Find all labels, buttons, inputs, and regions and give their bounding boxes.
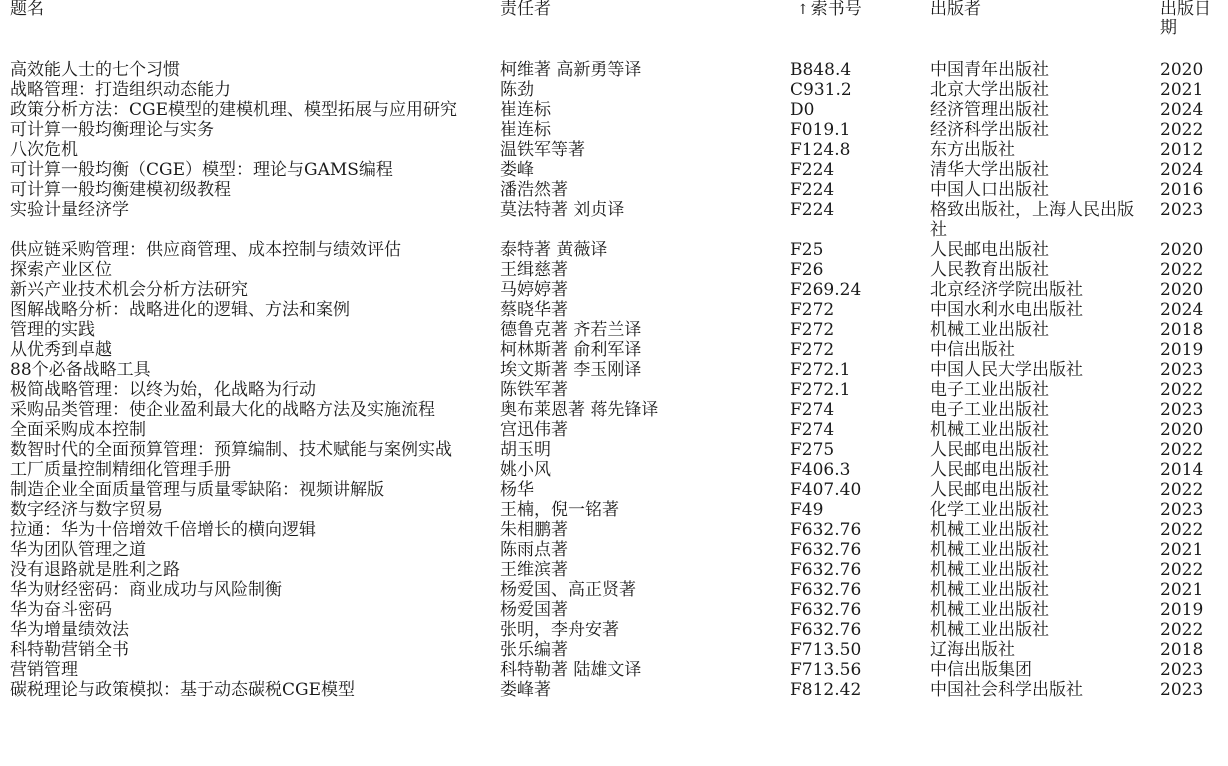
book-author: 杨爱国、高正贤著: [500, 580, 780, 600]
book-date: 2023: [1160, 500, 1220, 520]
book-callno: F272.1: [790, 360, 920, 380]
book-title: 数字经济与数字贸易: [10, 500, 488, 520]
book-publisher: 中国水利水电出版社: [930, 300, 1135, 320]
book-list: 高效能人士的七个习惯柯维著 高新勇等译B848.4中国青年出版社2020战略管理…: [0, 60, 1228, 700]
book-date: 2022: [1160, 260, 1220, 280]
table-row[interactable]: 政策分析方法：CGE模型的建模机理、模型拓展与应用研究崔连标D0经济管理出版社2…: [0, 100, 1228, 120]
book-publisher: 机械工业出版社: [930, 560, 1135, 580]
book-callno: F713.50: [790, 640, 920, 660]
book-title: 数智时代的全面预算管理：预算编制、技术赋能与案例实战: [10, 440, 488, 460]
table-row[interactable]: 科特勒营销全书张乐编著F713.50辽海出版社2018: [0, 640, 1228, 660]
book-date: 2023: [1160, 400, 1220, 420]
book-author: 娄峰: [500, 160, 780, 180]
book-publisher: 机械工业出版社: [930, 520, 1135, 540]
book-date: 2022: [1160, 440, 1220, 460]
book-publisher: 中国青年出版社: [930, 60, 1135, 80]
book-date: 2021: [1160, 80, 1220, 100]
book-date: 2014: [1160, 460, 1220, 480]
book-callno: F632.76: [790, 620, 920, 640]
book-callno: F019.1: [790, 120, 920, 140]
book-title: 华为增量绩效法: [10, 620, 488, 640]
book-callno: F632.76: [790, 560, 920, 580]
table-row[interactable]: 华为团队管理之道陈雨点著F632.76机械工业出版社2021: [0, 540, 1228, 560]
table-row[interactable]: 全面采购成本控制宫迅伟著F274机械工业出版社2020: [0, 420, 1228, 440]
book-date: 2021: [1160, 580, 1220, 600]
book-author: 王楠，倪一铭著: [500, 500, 780, 520]
table-row[interactable]: 拉通：华为十倍增效千倍增长的横向逻辑朱相鹏著F632.76机械工业出版社2022: [0, 520, 1228, 540]
book-publisher: 格致出版社，上海人民出版社: [930, 200, 1135, 240]
book-publisher: 经济管理出版社: [930, 100, 1135, 120]
book-title: 政策分析方法：CGE模型的建模机理、模型拓展与应用研究: [10, 100, 488, 120]
table-row[interactable]: 图解战略分析：战略进化的逻辑、方法和案例蔡晓华著F272中国水利水电出版社202…: [0, 300, 1228, 320]
book-author: 崔连标: [500, 100, 780, 120]
book-publisher: 北京经济学院出版社: [930, 280, 1135, 300]
book-publisher: 人民教育出版社: [930, 260, 1135, 280]
table-row[interactable]: 八次危机温铁军等著F124.8东方出版社2012: [0, 140, 1228, 160]
book-date: 2018: [1160, 640, 1220, 660]
book-date: 2023: [1160, 680, 1220, 700]
book-publisher: 中国人民大学出版社: [930, 360, 1135, 380]
book-date: 2022: [1160, 560, 1220, 580]
book-publisher: 北京大学出版社: [930, 80, 1135, 100]
book-date: 2022: [1160, 520, 1220, 540]
table-row[interactable]: 战略管理：打造组织动态能力陈劲C931.2北京大学出版社2021: [0, 80, 1228, 100]
book-author: 崔连标: [500, 120, 780, 140]
book-title: 工厂质量控制精细化管理手册: [10, 460, 488, 480]
book-author: 柯林斯著 俞利军译: [500, 340, 780, 360]
book-publisher: 中信出版集团: [930, 660, 1135, 680]
book-author: 蔡晓华著: [500, 300, 780, 320]
book-title: 科特勒营销全书: [10, 640, 488, 660]
book-title: 华为团队管理之道: [10, 540, 488, 560]
book-publisher: 机械工业出版社: [930, 320, 1135, 340]
book-date: 2016: [1160, 180, 1220, 200]
book-author: 陈雨点著: [500, 540, 780, 560]
table-row[interactable]: 管理的实践德鲁克著 齐若兰译F272机械工业出版社2018: [0, 320, 1228, 340]
book-author: 姚小风: [500, 460, 780, 480]
book-publisher: 清华大学出版社: [930, 160, 1135, 180]
book-date: 2022: [1160, 480, 1220, 500]
book-publisher: 机械工业出版社: [930, 580, 1135, 600]
table-row[interactable]: 数智时代的全面预算管理：预算编制、技术赋能与案例实战胡玉明F275人民邮电出版社…: [0, 440, 1228, 460]
book-author: 科特勒著 陆雄文译: [500, 660, 780, 680]
book-publisher: 电子工业出版社: [930, 400, 1135, 420]
table-row[interactable]: 数字经济与数字贸易王楠，倪一铭著F49化学工业出版社2023: [0, 500, 1228, 520]
book-callno: F224: [790, 180, 920, 200]
book-publisher: 人民邮电出版社: [930, 480, 1135, 500]
book-author: 宫迅伟著: [500, 420, 780, 440]
table-row[interactable]: 营销管理科特勒著 陆雄文译F713.56中信出版集团2023: [0, 660, 1228, 680]
book-title: 可计算一般均衡建模初级教程: [10, 180, 488, 200]
book-title: 华为奋斗密码: [10, 600, 488, 620]
book-title: 制造企业全面质量管理与质量零缺陷：视频讲解版: [10, 480, 488, 500]
table-row[interactable]: 探索产业区位王缉慈著F26人民教育出版社2022: [0, 260, 1228, 280]
book-date: 2024: [1160, 160, 1220, 180]
table-row[interactable]: 可计算一般均衡建模初级教程潘浩然著F224中国人口出版社2016: [0, 180, 1228, 200]
book-publisher: 人民邮电出版社: [930, 460, 1135, 480]
table-row[interactable]: 华为财经密码：商业成功与风险制衡杨爱国、高正贤著F632.76机械工业出版社20…: [0, 580, 1228, 600]
table-row[interactable]: 高效能人士的七个习惯柯维著 高新勇等译B848.4中国青年出版社2020: [0, 60, 1228, 80]
book-title: 战略管理：打造组织动态能力: [10, 80, 488, 100]
book-callno: F812.42: [790, 680, 920, 700]
table-row[interactable]: 华为奋斗密码杨爱国著F632.76机械工业出版社2019: [0, 600, 1228, 620]
book-publisher: 电子工业出版社: [930, 380, 1135, 400]
table-row[interactable]: 可计算一般均衡理论与实务崔连标F019.1经济科学出版社2022: [0, 120, 1228, 140]
book-date: 2020: [1160, 420, 1220, 440]
book-author: 杨华: [500, 480, 780, 500]
table-row[interactable]: 实验计量经济学莫法特著 刘贞译F224格致出版社，上海人民出版社2023: [0, 200, 1228, 240]
book-callno: F272: [790, 340, 920, 360]
book-title: 从优秀到卓越: [10, 340, 488, 360]
book-callno: F224: [790, 200, 920, 220]
book-author: 温铁军等著: [500, 140, 780, 160]
book-callno: D0: [790, 100, 920, 120]
book-publisher: 机械工业出版社: [930, 420, 1135, 440]
book-author: 奥布莱恩著 蒋先锋译: [500, 400, 780, 420]
book-callno: F272: [790, 320, 920, 340]
book-author: 潘浩然著: [500, 180, 780, 200]
book-callno: F274: [790, 400, 920, 420]
book-callno: F632.76: [790, 600, 920, 620]
book-title: 图解战略分析：战略进化的逻辑、方法和案例: [10, 300, 488, 320]
book-date: 2020: [1160, 240, 1220, 260]
book-date: 2023: [1160, 360, 1220, 380]
book-title: 营销管理: [10, 660, 488, 680]
book-date: 2018: [1160, 320, 1220, 340]
book-title: 极简战略管理：以终为始，化战略为行动: [10, 380, 488, 400]
book-title: 碳税理论与政策模拟：基于动态碳税CGE模型: [10, 680, 488, 700]
book-author: 德鲁克著 齐若兰译: [500, 320, 780, 340]
book-callno: F632.76: [790, 520, 920, 540]
book-author: 胡玉明: [500, 440, 780, 460]
book-author: 柯维著 高新勇等译: [500, 60, 780, 80]
book-title: 高效能人士的七个习惯: [10, 60, 488, 80]
table-row[interactable]: 碳税理论与政策模拟：基于动态碳税CGE模型娄峰著F812.42中国社会科学出版社…: [0, 680, 1228, 700]
book-callno: F407.40: [790, 480, 920, 500]
book-callno: F124.8: [790, 140, 920, 160]
table-row[interactable]: 采购品类管理：使企业盈利最大化的战略方法及实施流程奥布莱恩著 蒋先锋译F274电…: [0, 400, 1228, 420]
book-author: 莫法特著 刘贞译: [500, 200, 780, 220]
table-row[interactable]: 华为增量绩效法张明，李舟安著F632.76机械工业出版社2022: [0, 620, 1228, 640]
table-header: 题名 责任者 ↑索书号 出版者 出版日期: [0, 0, 1228, 58]
book-author: 王维滨著: [500, 560, 780, 580]
book-author: 陈劲: [500, 80, 780, 100]
book-author: 朱相鹏著: [500, 520, 780, 540]
book-title: 管理的实践: [10, 320, 488, 340]
book-date: 2024: [1160, 100, 1220, 120]
book-title: 供应链采购管理：供应商管理、成本控制与绩效评估: [10, 240, 488, 260]
book-title: 探索产业区位: [10, 260, 488, 280]
book-author: 张乐编著: [500, 640, 780, 660]
book-title: 实验计量经济学: [10, 200, 488, 220]
book-date: 2021: [1160, 540, 1220, 560]
book-author: 张明，李舟安著: [500, 620, 780, 640]
book-title: 没有退路就是胜利之路: [10, 560, 488, 580]
book-publisher: 东方出版社: [930, 140, 1135, 160]
book-callno: F274: [790, 420, 920, 440]
book-date: 2024: [1160, 300, 1220, 320]
book-callno: C931.2: [790, 80, 920, 100]
table-row[interactable]: 制造企业全面质量管理与质量零缺陷：视频讲解版杨华F407.40人民邮电出版社20…: [0, 480, 1228, 500]
table-row[interactable]: 新兴产业技术机会分析方法研究马婷婷著F269.24北京经济学院出版社2020: [0, 280, 1228, 300]
column-header-title[interactable]: 题名: [10, 0, 44, 19]
book-date: 2022: [1160, 380, 1220, 400]
book-author: 埃文斯著 李玉刚译: [500, 360, 780, 380]
book-publisher: 机械工业出版社: [930, 600, 1135, 620]
book-callno: F632.76: [790, 580, 920, 600]
book-author: 娄峰著: [500, 680, 780, 700]
book-callno: F632.76: [790, 540, 920, 560]
table-row[interactable]: 供应链采购管理：供应商管理、成本控制与绩效评估泰特著 黄薇译F25人民邮电出版社…: [0, 240, 1228, 260]
book-publisher: 中国社会科学出版社: [930, 680, 1135, 700]
book-author: 陈铁军著: [500, 380, 780, 400]
book-callno: F269.24: [790, 280, 920, 300]
book-callno: F272: [790, 300, 920, 320]
book-date: 2019: [1160, 600, 1220, 620]
book-publisher: 化学工业出版社: [930, 500, 1135, 520]
table-row[interactable]: 没有退路就是胜利之路王维滨著F632.76机械工业出版社2022: [0, 560, 1228, 580]
book-date: 2020: [1160, 60, 1220, 80]
sort-ascending-icon: ↑: [797, 2, 809, 18]
book-title: 拉通：华为十倍增效千倍增长的横向逻辑: [10, 520, 488, 540]
book-date: 2023: [1160, 200, 1220, 220]
book-title: 88个必备战略工具: [10, 360, 488, 380]
book-date: 2020: [1160, 280, 1220, 300]
book-date: 2023: [1160, 660, 1220, 680]
book-publisher: 机械工业出版社: [930, 620, 1135, 640]
book-callno: F26: [790, 260, 920, 280]
table-row[interactable]: 工厂质量控制精细化管理手册姚小风F406.3人民邮电出版社2014: [0, 460, 1228, 480]
book-callno: F25: [790, 240, 920, 260]
book-callno: B848.4: [790, 60, 920, 80]
book-publisher: 中信出版社: [930, 340, 1135, 360]
book-callno: F406.3: [790, 460, 920, 480]
column-header-publisher[interactable]: 出版者: [930, 0, 981, 19]
column-header-callno[interactable]: ↑索书号: [797, 0, 862, 20]
book-date: 2022: [1160, 620, 1220, 640]
column-header-author[interactable]: 责任者: [500, 0, 551, 19]
column-header-callno-label: 索书号: [811, 0, 862, 19]
book-author: 马婷婷著: [500, 280, 780, 300]
book-publisher: 机械工业出版社: [930, 540, 1135, 560]
column-header-date[interactable]: 出版日期: [1160, 0, 1226, 38]
book-callno: F713.56: [790, 660, 920, 680]
book-title: 八次危机: [10, 140, 488, 160]
book-publisher: 人民邮电出版社: [930, 240, 1135, 260]
book-publisher: 人民邮电出版社: [930, 440, 1135, 460]
table-row[interactable]: 可计算一般均衡（CGE）模型：理论与GAMS编程娄峰F224清华大学出版社202…: [0, 160, 1228, 180]
book-publisher: 辽海出版社: [930, 640, 1135, 660]
book-date: 2012: [1160, 140, 1220, 160]
book-date: 2022: [1160, 120, 1220, 140]
table-row[interactable]: 极简战略管理：以终为始，化战略为行动陈铁军著F272.1电子工业出版社2022: [0, 380, 1228, 400]
book-title: 新兴产业技术机会分析方法研究: [10, 280, 488, 300]
book-author: 泰特著 黄薇译: [500, 240, 780, 260]
book-author: 杨爱国著: [500, 600, 780, 620]
book-title: 可计算一般均衡理论与实务: [10, 120, 488, 140]
book-publisher: 中国人口出版社: [930, 180, 1135, 200]
table-row[interactable]: 从优秀到卓越柯林斯著 俞利军译F272中信出版社2019: [0, 340, 1228, 360]
book-date: 2019: [1160, 340, 1220, 360]
book-callno: F272.1: [790, 380, 920, 400]
book-title: 全面采购成本控制: [10, 420, 488, 440]
book-author: 王缉慈著: [500, 260, 780, 280]
book-title: 华为财经密码：商业成功与风险制衡: [10, 580, 488, 600]
book-callno: F275: [790, 440, 920, 460]
table-row[interactable]: 88个必备战略工具埃文斯著 李玉刚译F272.1中国人民大学出版社2023: [0, 360, 1228, 380]
book-title: 可计算一般均衡（CGE）模型：理论与GAMS编程: [10, 160, 488, 180]
book-title: 采购品类管理：使企业盈利最大化的战略方法及实施流程: [10, 400, 488, 420]
book-publisher: 经济科学出版社: [930, 120, 1135, 140]
book-callno: F49: [790, 500, 920, 520]
book-callno: F224: [790, 160, 920, 180]
